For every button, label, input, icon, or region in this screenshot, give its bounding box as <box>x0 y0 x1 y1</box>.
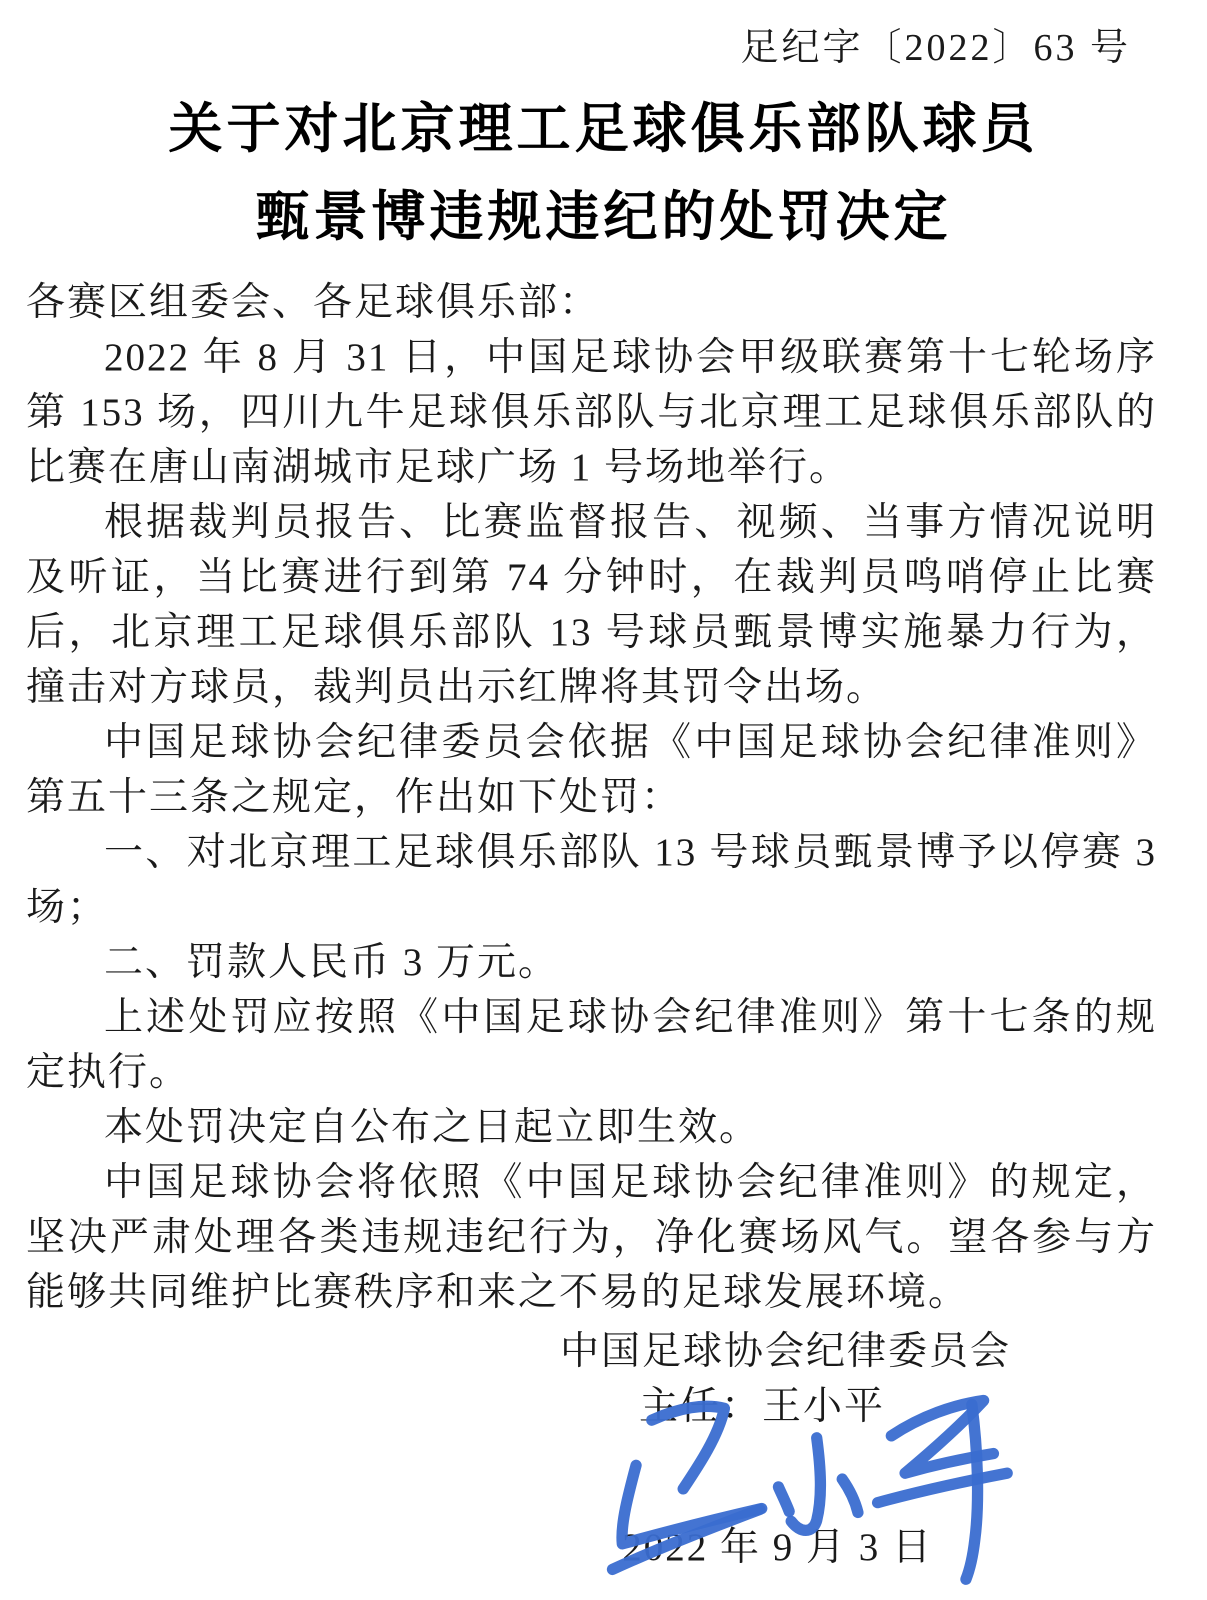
document-title-line1: 关于对北京理工足球俱乐部队球员 <box>0 85 1207 173</box>
document-number: 足纪字〔2022〕63 号 <box>0 0 1207 71</box>
body-paragraph: 根据裁判员报告、比赛监督报告、视频、当事方情况说明及听证，当比赛进行到第 74 … <box>26 495 1157 715</box>
salutation: 各赛区组委会、各足球俱乐部： <box>26 275 1157 330</box>
body-paragraph: 二、罚款人民币 3 万元。 <box>26 935 1157 990</box>
signoff-date: 2022 年 9 月 3 日 <box>26 1520 1157 1575</box>
body-paragraph: 中国足球协会将依照《中国足球协会纪律准则》的规定，坚决严肃处理各类违规违纪行为，… <box>26 1155 1157 1320</box>
body-paragraph: 中国足球协会纪律委员会依据《中国足球协会纪律准则》第五十三条之规定，作出如下处罚… <box>26 715 1157 825</box>
signoff-block: 中国足球协会纪律委员会 主任：王小平 2022 年 9 月 3 日 <box>26 1324 1157 1575</box>
body-paragraph: 上述处罚应按照《中国足球协会纪律准则》第十七条的规定执行。 <box>26 990 1157 1100</box>
body-paragraph: 一、对北京理工足球俱乐部队 13 号球员甄景博予以停赛 3 场； <box>26 825 1157 935</box>
body-paragraph: 2022 年 8 月 31 日，中国足球协会甲级联赛第十七轮场序第 153 场，… <box>26 330 1157 495</box>
paragraph-list: 2022 年 8 月 31 日，中国足球协会甲级联赛第十七轮场序第 153 场，… <box>26 330 1157 1320</box>
body-paragraph: 本处罚决定自公布之日起立即生效。 <box>26 1100 1157 1155</box>
signoff-organization: 中国足球协会纪律委员会 <box>26 1324 1157 1379</box>
official-document-page: 足纪字〔2022〕63 号 关于对北京理工足球俱乐部队球员 甄景博违规违纪的处罚… <box>0 0 1207 1600</box>
document-title-line2: 甄景博违规违纪的处罚决定 <box>0 173 1207 261</box>
signoff-signer-title: 主任：王小平 <box>26 1379 1157 1434</box>
document-title: 关于对北京理工足球俱乐部队球员 甄景博违规违纪的处罚决定 <box>0 85 1207 261</box>
document-body: 各赛区组委会、各足球俱乐部： 2022 年 8 月 31 日，中国足球协会甲级联… <box>0 261 1207 1575</box>
